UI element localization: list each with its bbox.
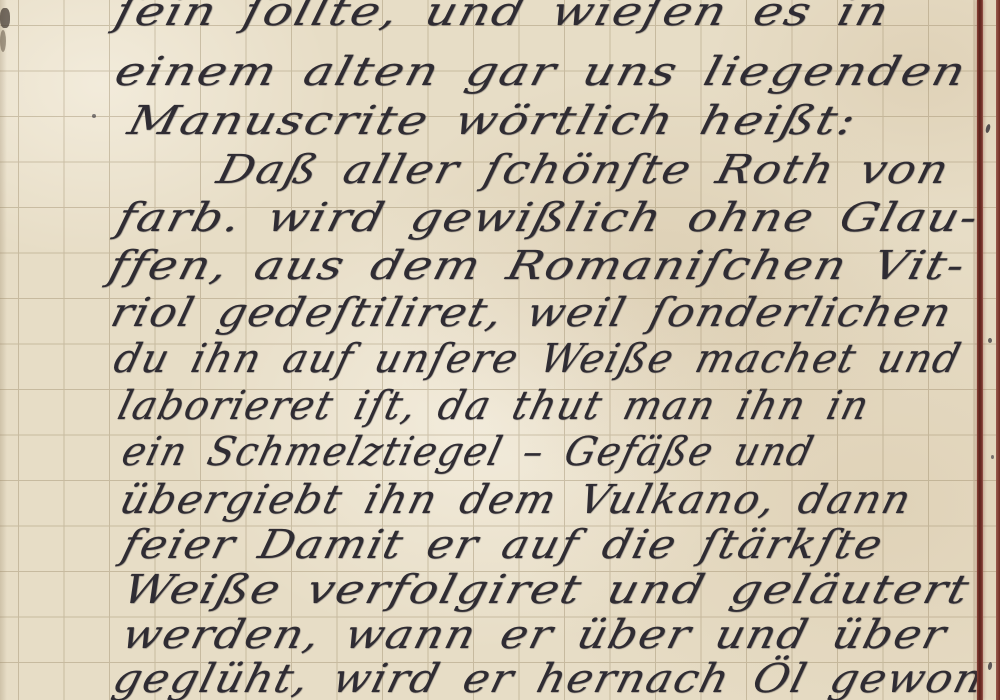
handwriting-layer: ſein ſollte, und wieſen es ineinem alten… <box>0 0 1000 700</box>
manuscript-line: laborieret iſt, da thut man ihn in <box>113 382 875 430</box>
ink-speck <box>0 8 10 28</box>
ink-speck <box>92 114 96 118</box>
page-edge-line <box>996 0 1000 700</box>
manuscript-line: Manuscrite wörtlich heißt: <box>123 97 862 145</box>
ink-speck <box>988 338 992 343</box>
manuscript-line: du ihn auf unſere Weiße machet und <box>109 335 967 383</box>
manuscript-line: ffen, aus dem Romaniſchen Vit- <box>104 242 971 290</box>
ink-speck <box>0 30 6 52</box>
ink-speck <box>991 455 994 459</box>
manuscript-line: Daß aller ſchönſte Roth von <box>212 146 955 194</box>
manuscript-line: werden, wann er über und über <box>117 611 952 659</box>
manuscript-line: ſein ſollte, und wieſen es in <box>110 0 895 36</box>
manuscript-line: geglüht, wird er hernach Öl gewon <box>108 655 990 700</box>
red-margin-line <box>977 0 983 700</box>
manuscript-page: ſein ſollte, und wieſen es ineinem alten… <box>0 0 1000 700</box>
manuscript-line: übergiebt ihn dem Vulkano, dann <box>115 476 917 524</box>
manuscript-line: Weiße verfolgiret und geläutert <box>118 566 975 614</box>
manuscript-line: farb. wird gewißlich ohne Glau- <box>112 194 984 242</box>
manuscript-line: riol gedeſtiliret, weil ſonderlichen <box>106 289 958 337</box>
manuscript-line: ein Schmelztiegel – Gefäße und <box>117 428 819 476</box>
manuscript-line: feier Damit er auf die ſtärkſte <box>117 521 889 569</box>
manuscript-line: einem alten gar uns liegenden <box>110 48 972 96</box>
